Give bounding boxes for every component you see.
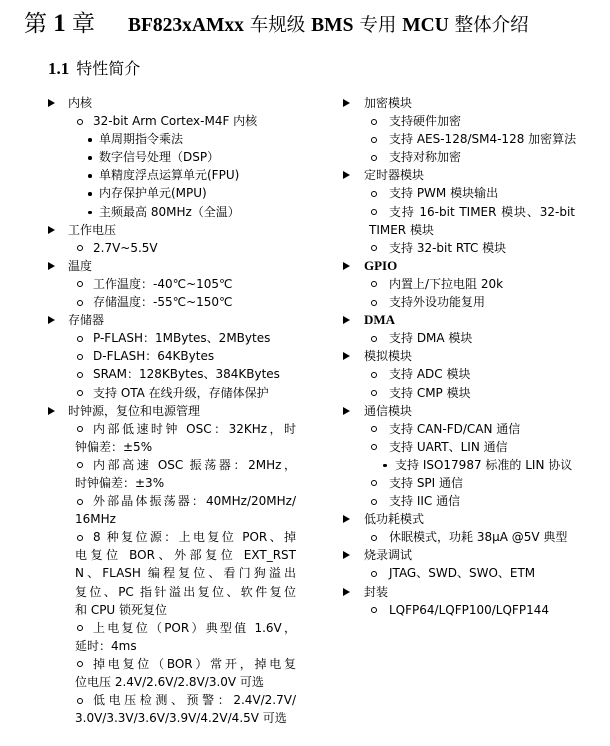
list-item-text: 支持外设功能复用 (389, 293, 485, 311)
hollow-circle-bullet-icon (371, 155, 377, 161)
list-item-text: 掉电复位（BOR）常开，掉电复 (93, 655, 296, 673)
list-item-text: D-FLASH：64KBytes (93, 347, 214, 365)
list-item: TIMER 模块 (330, 221, 610, 239)
list-item: 支持 UART、LIN 通信 (330, 438, 610, 456)
arrowhead-bullet-icon (343, 99, 350, 107)
list-item: 位电压 2.4V/2.6V/2.8V/3.0V 可选 (0, 673, 330, 691)
list-item: 支持 AES-128/SM4-128 加密算法 (330, 130, 610, 148)
hollow-circle-bullet-icon (77, 462, 83, 468)
list-item-text: 数字信号处理（DSP） (99, 148, 219, 166)
list-item-text: 支持 SPI 通信 (389, 474, 463, 492)
list-item: 掉电复位（BOR）常开，掉电复 (0, 655, 330, 673)
hollow-circle-bullet-icon (77, 281, 83, 287)
list-item-text: 加密模块 (364, 94, 412, 112)
list-item-text: DMA (364, 311, 395, 329)
list-item-text: 单精度浮点运算单元(FPU) (99, 166, 239, 184)
hollow-circle-bullet-icon (77, 245, 83, 251)
list-item: SRAM：128KBytes、384KBytes (0, 365, 330, 383)
hollow-circle-bullet-icon (77, 535, 83, 541)
list-item: 支持 CMP 模块 (330, 384, 610, 402)
hollow-circle-bullet-icon (371, 372, 377, 378)
list-item: 和 CPU 锁死复位 (0, 601, 330, 619)
list-item: 存储器 (0, 311, 330, 329)
list-item: 支持 DMA 模块 (330, 329, 610, 347)
arrowhead-bullet-icon (343, 588, 350, 596)
hollow-circle-bullet-icon (77, 390, 83, 396)
list-item: 封装 (330, 583, 610, 601)
filled-dot-bullet-icon (88, 174, 92, 178)
list-item: 内存保护单元(MPU) (0, 184, 330, 202)
list-item: 工作电压 (0, 221, 330, 239)
list-item: 支持 OTA 在线升级，存储体保护 (0, 384, 330, 402)
hollow-circle-bullet-icon (371, 336, 377, 342)
list-item: 定时器模块 (330, 166, 610, 184)
list-item: 支持硬件加密 (330, 112, 610, 130)
hollow-circle-bullet-icon (77, 300, 83, 306)
section-heading: 1.1特性简介 (48, 57, 140, 81)
list-item-text: 支持硬件加密 (389, 112, 461, 130)
chapter-heading: 第 1 章BF823xAMxx 车规级 BMS 专用 MCU 整体介绍 (24, 6, 529, 42)
list-item: GPIO (330, 257, 610, 275)
list-item-text: 支持 CAN-FD/CAN 通信 (389, 420, 520, 438)
list-item: 时钟源，复位和电源管理 (0, 402, 330, 420)
filled-dot-bullet-icon (88, 156, 92, 160)
list-item: 低电压检测、预警：2.4V/2.7V/ (0, 691, 330, 709)
list-item-text: 内置上/下拉电阻 20k (389, 275, 503, 293)
list-item-text: 工作温度：-40℃~105℃ (93, 275, 233, 293)
list-item: 延时：4ms (0, 637, 330, 655)
list-item-text: 支持 UART、LIN 通信 (389, 438, 508, 456)
list-item-text: 模拟模块 (364, 347, 412, 365)
list-item: 2.7V~5.5V (0, 239, 330, 257)
list-item: P-FLASH：1MBytes、2MBytes (0, 329, 330, 347)
list-item-text: 支持 CMP 模块 (389, 384, 471, 402)
list-item-text: 支持 PWM 模块输出 (389, 184, 498, 202)
list-item-text: 复位、PC 指针溢出复位、软件复位 (75, 583, 296, 601)
list-item-text: TIMER 模块 (369, 221, 434, 239)
list-item: 主频最高 80MHz（全温） (0, 203, 330, 221)
section-title: 特性简介 (76, 59, 140, 78)
list-item-text: 支持 32-bit RTC 模块 (389, 239, 506, 257)
list-item: 16MHz (0, 510, 330, 528)
section-number: 1.1 (48, 59, 69, 78)
list-item-text: N、FLASH 编程复位、看门狗溢出 (75, 564, 296, 582)
list-item-text: 位电压 2.4V/2.6V/2.8V/3.0V 可选 (75, 673, 264, 691)
list-item: DMA (330, 311, 610, 329)
list-item-text: 低功耗模式 (364, 510, 424, 528)
arrowhead-bullet-icon (343, 352, 350, 360)
list-item-text: 时钟源，复位和电源管理 (68, 402, 200, 420)
arrowhead-bullet-icon (343, 262, 350, 270)
arrowhead-bullet-icon (343, 407, 350, 415)
list-item-text: 支持 ADC 模块 (389, 365, 470, 383)
arrowhead-bullet-icon (48, 262, 55, 270)
list-item-text: 延时：4ms (75, 637, 137, 655)
hollow-circle-bullet-icon (371, 571, 377, 577)
hollow-circle-bullet-icon (77, 661, 83, 667)
list-item-text: 电复位 BOR、外部复位 EXT_RST (75, 546, 296, 564)
list-item: 支持 PWM 模块输出 (330, 184, 610, 202)
list-item-text: 通信模块 (364, 402, 412, 420)
arrowhead-bullet-icon (343, 171, 350, 179)
list-item: 低功耗模式 (330, 510, 610, 528)
list-item-text: 支持 IIC 通信 (389, 492, 460, 510)
list-item: 支持 ADC 模块 (330, 365, 610, 383)
hollow-circle-bullet-icon (371, 191, 377, 197)
list-item: 支持 IIC 通信 (330, 492, 610, 510)
list-item: N、FLASH 编程复位、看门狗溢出 (0, 564, 330, 582)
list-item-text: 16MHz (75, 510, 116, 528)
hollow-circle-bullet-icon (77, 625, 83, 631)
list-item-text: 外部晶体振荡器：40MHz/20MHz/ (93, 492, 296, 510)
hollow-circle-bullet-icon (371, 245, 377, 251)
list-item-text: 支持 OTA 在线升级，存储体保护 (93, 384, 269, 402)
list-item-text: 支持对称加密 (389, 148, 461, 166)
filled-dot-bullet-icon (88, 211, 92, 215)
feature-list-right: 加密模块支持硬件加密支持 AES-128/SM4-128 加密算法支持对称加密定… (330, 94, 610, 619)
list-item: 烧录调试 (330, 546, 610, 564)
list-item: 钟偏差：±5% (0, 438, 330, 456)
list-item-text: 定时器模块 (364, 166, 424, 184)
list-item: 单周期指令乘法 (0, 130, 330, 148)
list-item-text: 封装 (364, 583, 388, 601)
hollow-circle-bullet-icon (77, 119, 83, 125)
list-item: 支持外设功能复用 (330, 293, 610, 311)
arrowhead-bullet-icon (48, 226, 55, 234)
list-item-text: 支持 16-bit TIMER 模块、32-bit (389, 203, 575, 221)
list-item-text: 3.0V/3.3V/3.6V/3.9V/4.2V/4.5V 可选 (75, 709, 287, 727)
list-item-text: 支持 ISO17987 标准的 LIN 协议 (395, 456, 572, 474)
hollow-circle-bullet-icon (371, 444, 377, 450)
hollow-circle-bullet-icon (371, 209, 377, 215)
list-item-text: P-FLASH：1MBytes、2MBytes (93, 329, 270, 347)
list-item-text: 32-bit Arm Cortex-M4F 内核 (93, 112, 257, 130)
hollow-circle-bullet-icon (77, 426, 83, 432)
list-item-text: 2.7V~5.5V (93, 239, 158, 257)
list-item: 休眠模式，功耗 38μA @5V 典型 (330, 528, 610, 546)
list-item: 内部低速时钟 OSC：32KHz，时 (0, 420, 330, 438)
list-item-text: 存储器 (68, 311, 104, 329)
chapter-title: BF823xAMxx 车规级 BMS 专用 MCU 整体介绍 (128, 15, 529, 36)
list-item-text: GPIO (364, 257, 397, 275)
list-item: 支持 16-bit TIMER 模块、32-bit (330, 203, 610, 221)
list-item-text: 和 CPU 锁死复位 (75, 601, 167, 619)
list-item-text: 内核 (68, 94, 92, 112)
list-item-text: 钟偏差：±5% (75, 438, 152, 456)
filled-dot-bullet-icon (88, 138, 92, 142)
hollow-circle-bullet-icon (371, 119, 377, 125)
list-item: 内部高速 OSC 振荡器：2MHz， (0, 456, 330, 474)
list-item-text: 休眠模式，功耗 38μA @5V 典型 (389, 528, 567, 546)
list-item-text: 单周期指令乘法 (99, 130, 183, 148)
list-item: 支持 ISO17987 标准的 LIN 协议 (330, 456, 610, 474)
list-item: 上电复位（POR）典型值 1.6V， (0, 619, 330, 637)
list-item: 内置上/下拉电阻 20k (330, 275, 610, 293)
hollow-circle-bullet-icon (371, 499, 377, 505)
list-item: 通信模块 (330, 402, 610, 420)
list-item-text: 主频最高 80MHz（全温） (99, 203, 240, 221)
filled-dot-bullet-icon (383, 464, 387, 468)
hollow-circle-bullet-icon (371, 300, 377, 306)
hollow-circle-bullet-icon (77, 354, 83, 360)
list-item-text: 内部高速 OSC 振荡器：2MHz， (93, 456, 296, 474)
list-item-text: 时钟偏差：±3% (75, 474, 164, 492)
hollow-circle-bullet-icon (77, 372, 83, 378)
list-item-text: 上电复位（POR）典型值 1.6V， (93, 619, 296, 637)
list-item: 支持 SPI 通信 (330, 474, 610, 492)
arrowhead-bullet-icon (343, 551, 350, 559)
list-item-text: SRAM：128KBytes、384KBytes (93, 365, 280, 383)
list-item: JTAG、SWD、SWO、ETM (330, 564, 610, 582)
hollow-circle-bullet-icon (371, 137, 377, 143)
list-item: 数字信号处理（DSP） (0, 148, 330, 166)
list-item: 32-bit Arm Cortex-M4F 内核 (0, 112, 330, 130)
filled-dot-bullet-icon (88, 192, 92, 196)
list-item: 温度 (0, 257, 330, 275)
arrowhead-bullet-icon (48, 407, 55, 415)
arrowhead-bullet-icon (343, 316, 350, 324)
list-item: 单精度浮点运算单元(FPU) (0, 166, 330, 184)
list-item-text: 烧录调试 (364, 546, 412, 564)
list-item-text: 工作电压 (68, 221, 116, 239)
list-item-text: 内部低速时钟 OSC：32KHz，时 (93, 420, 296, 438)
list-item-text: 8 种复位源：上电复位 POR、掉 (93, 528, 296, 546)
list-item: 内核 (0, 94, 330, 112)
list-item-text: LQFP64/LQFP100/LQFP144 (389, 601, 549, 619)
list-item-text: 存储温度：-55℃~150℃ (93, 293, 233, 311)
list-item-text: 支持 DMA 模块 (389, 329, 472, 347)
list-item-text: 温度 (68, 257, 92, 275)
list-item: 时钟偏差：±3% (0, 474, 330, 492)
list-item: 加密模块 (330, 94, 610, 112)
list-item-text: 支持 AES-128/SM4-128 加密算法 (389, 130, 576, 148)
hollow-circle-bullet-icon (77, 499, 83, 505)
list-item: 工作温度：-40℃~105℃ (0, 275, 330, 293)
list-item: 3.0V/3.3V/3.6V/3.9V/4.2V/4.5V 可选 (0, 709, 330, 727)
list-item: 8 种复位源：上电复位 POR、掉 (0, 528, 330, 546)
list-item: 支持对称加密 (330, 148, 610, 166)
list-item-text: 低电压检测、预警：2.4V/2.7V/ (93, 691, 296, 709)
list-item: 电复位 BOR、外部复位 EXT_RST (0, 546, 330, 564)
hollow-circle-bullet-icon (77, 336, 83, 342)
list-item: 外部晶体振荡器：40MHz/20MHz/ (0, 492, 330, 510)
list-item: 支持 32-bit RTC 模块 (330, 239, 610, 257)
arrowhead-bullet-icon (48, 99, 55, 107)
hollow-circle-bullet-icon (371, 607, 377, 613)
list-item: 支持 CAN-FD/CAN 通信 (330, 420, 610, 438)
hollow-circle-bullet-icon (371, 480, 377, 486)
list-item: LQFP64/LQFP100/LQFP144 (330, 601, 610, 619)
list-item: 存储温度：-55℃~150℃ (0, 293, 330, 311)
list-item: D-FLASH：64KBytes (0, 347, 330, 365)
hollow-circle-bullet-icon (371, 390, 377, 396)
hollow-circle-bullet-icon (371, 535, 377, 541)
hollow-circle-bullet-icon (77, 698, 83, 704)
chapter-label: 第 1 章 (24, 6, 128, 42)
arrowhead-bullet-icon (343, 515, 350, 523)
hollow-circle-bullet-icon (371, 281, 377, 287)
list-item: 模拟模块 (330, 347, 610, 365)
arrowhead-bullet-icon (48, 316, 55, 324)
list-item-text: 内存保护单元(MPU) (99, 184, 207, 202)
hollow-circle-bullet-icon (371, 426, 377, 432)
feature-list-left: 内核32-bit Arm Cortex-M4F 内核单周期指令乘法数字信号处理（… (0, 94, 330, 727)
list-item-text: JTAG、SWD、SWO、ETM (389, 564, 535, 582)
list-item: 复位、PC 指针溢出复位、软件复位 (0, 583, 330, 601)
